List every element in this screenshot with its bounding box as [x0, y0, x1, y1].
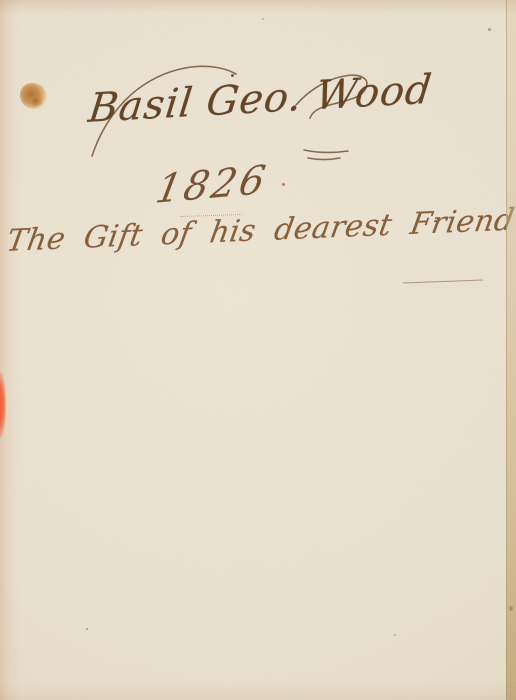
book-page-photo: Basil Geo. Wood 1826 The Gift of his dea… — [0, 0, 516, 700]
foxing-speck — [231, 74, 234, 77]
foxing-speck — [434, 220, 437, 222]
aged-paper-background — [0, 0, 516, 700]
foxing-speck — [262, 18, 264, 20]
foxing-speck — [282, 183, 285, 186]
ink-stain — [20, 83, 47, 109]
page-edge-strip — [506, 0, 516, 700]
foxing-speck — [488, 28, 491, 31]
foxing-speck — [86, 628, 88, 630]
foxing-speck — [394, 634, 396, 636]
